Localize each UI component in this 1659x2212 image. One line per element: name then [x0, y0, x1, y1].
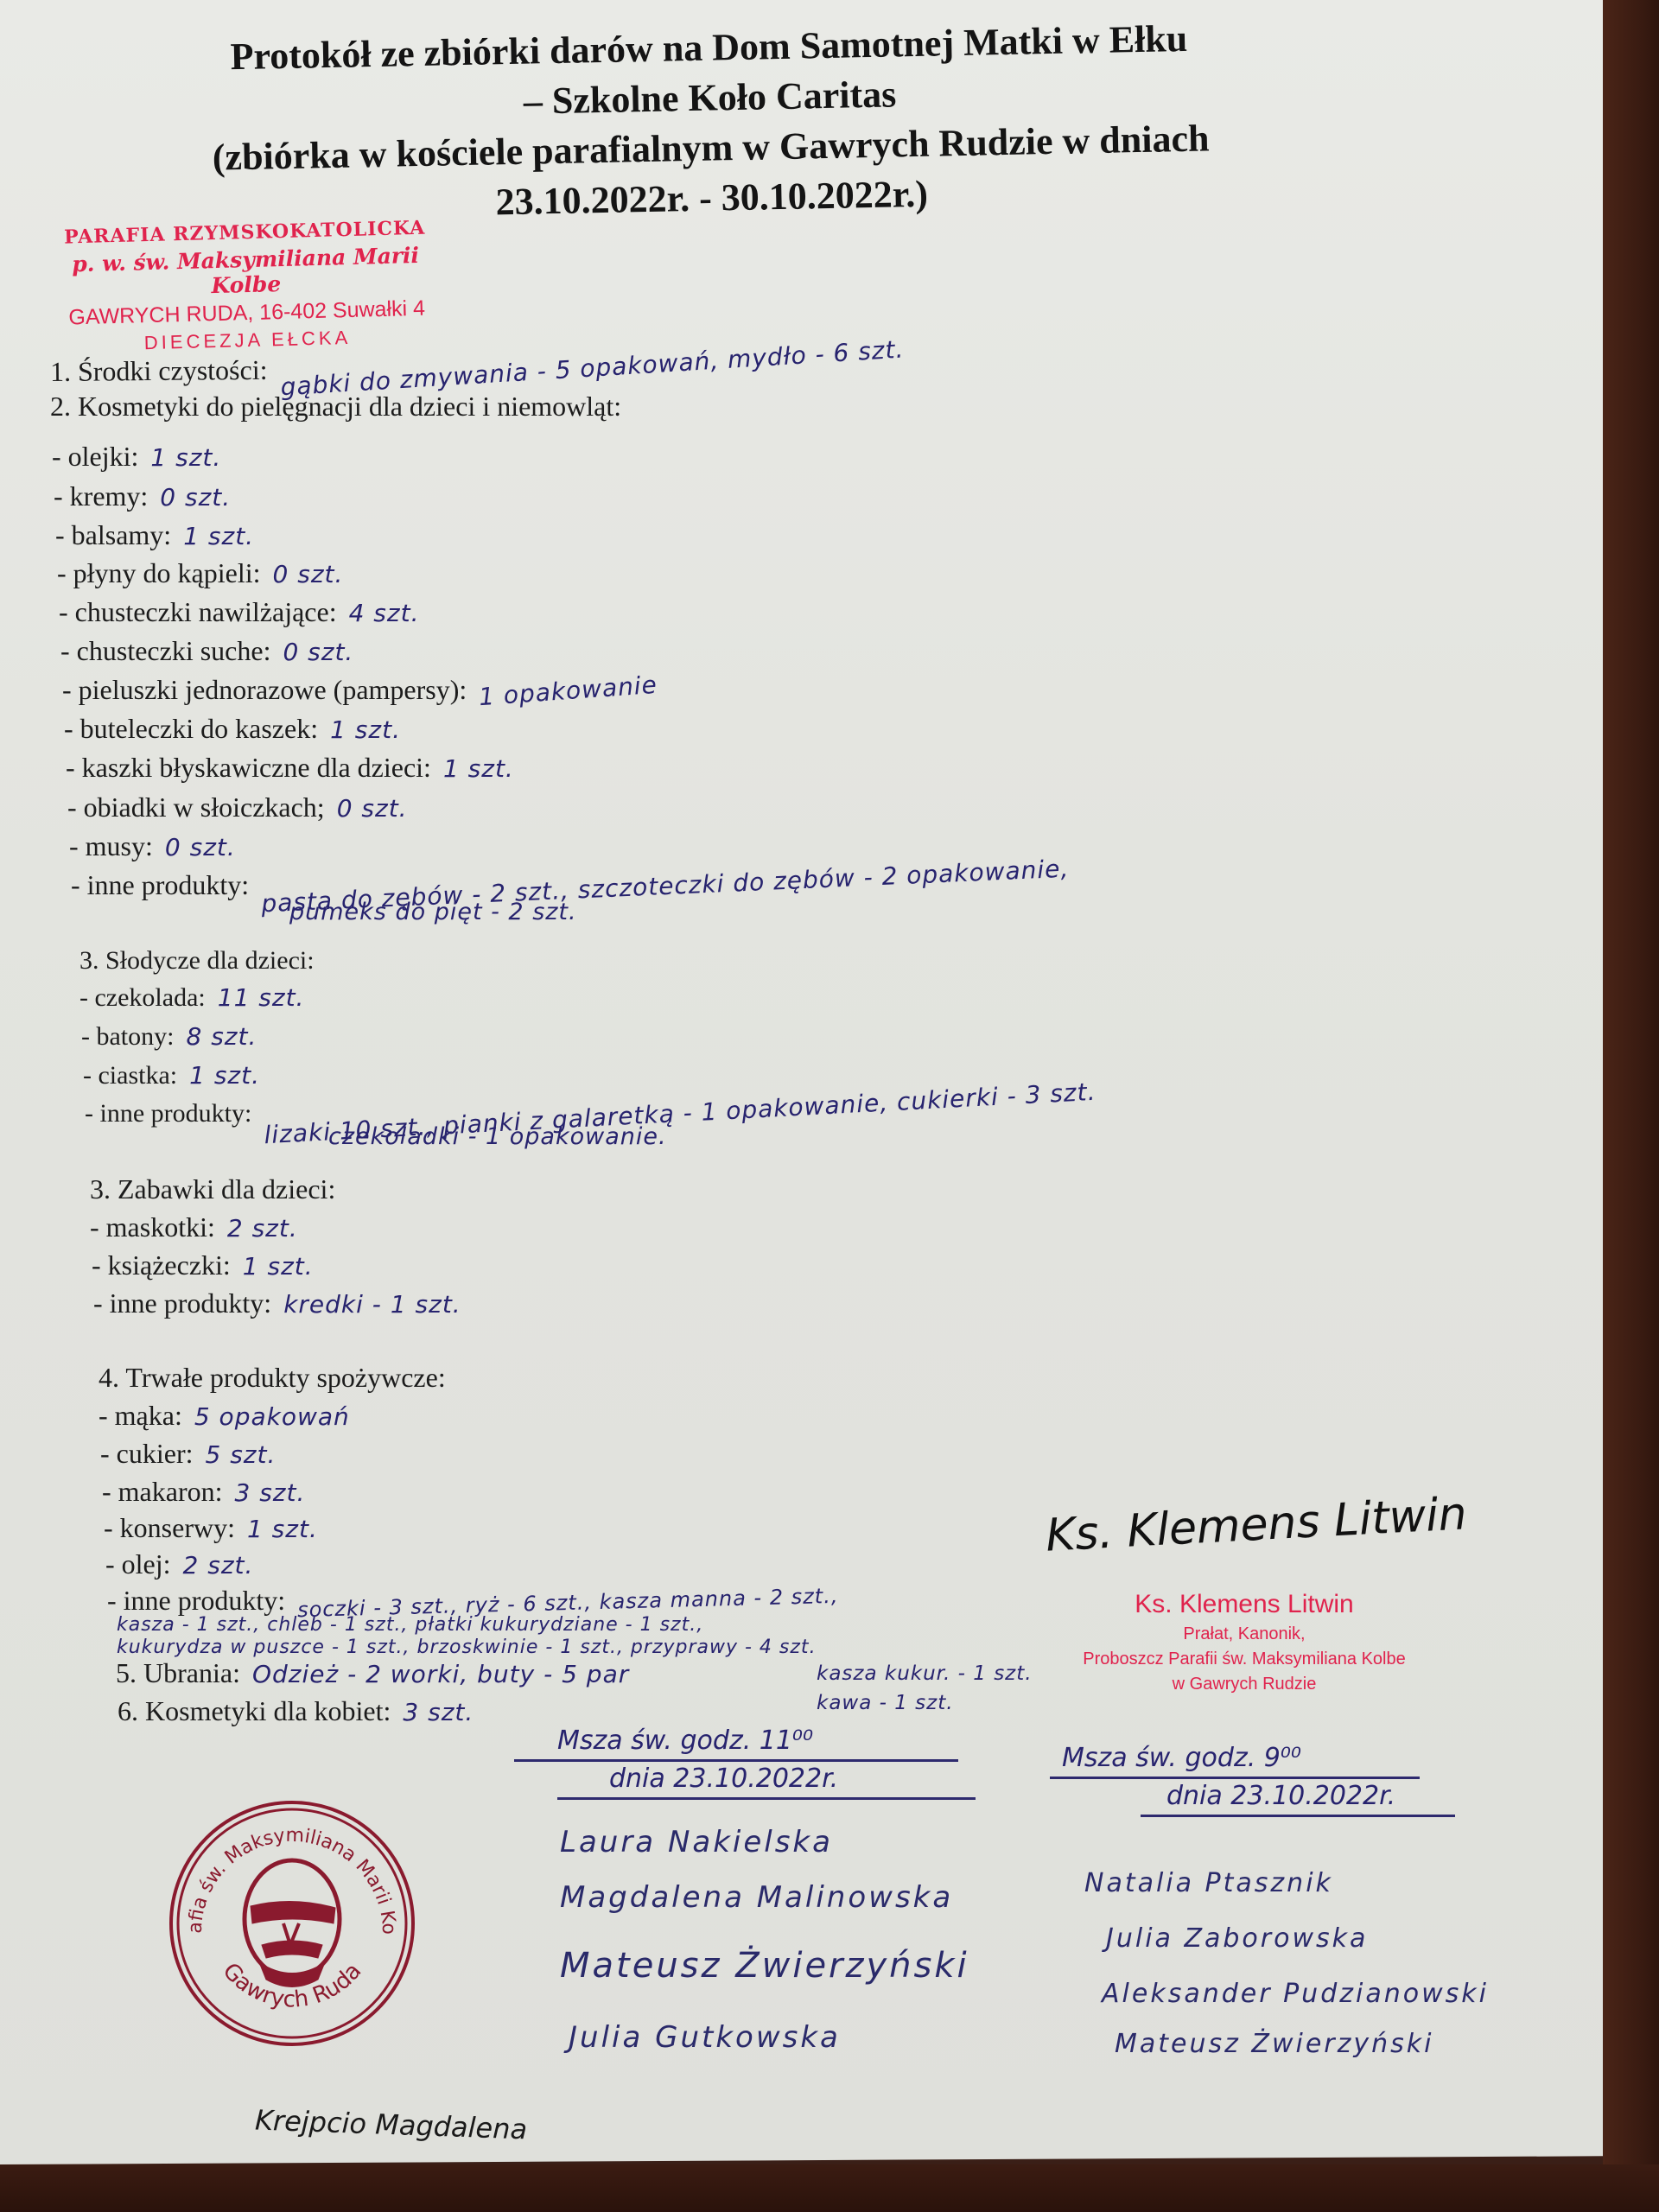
- priest-name: Ks. Klemens Litwin: [1063, 1590, 1426, 1619]
- item-value: 1 szt.: [150, 443, 221, 472]
- food-other-line-2: kasza - 1 szt., chleb - 1 szt., płatki k…: [117, 1614, 703, 1636]
- baby-item-row: - kaszki błyskawiczne dla dzieci:1 szt.: [66, 752, 514, 784]
- priest-title-1: Prałat, Kanonik,: [1063, 1624, 1426, 1644]
- food-other-line-4: kasza kukur. - 1 szt.: [817, 1662, 1033, 1685]
- women-cosmetics-label: 6. Kosmetyki dla kobiet:: [118, 1695, 391, 1726]
- item-value: 0 szt.: [160, 483, 231, 512]
- item-label: - książeczki:: [92, 1249, 231, 1281]
- item-label: - czekolada:: [79, 983, 206, 1012]
- item-value: 1 szt.: [330, 715, 401, 744]
- item-value: 0 szt.: [165, 833, 236, 861]
- sweets-item-row: - czekolada:11 szt.: [79, 983, 304, 1013]
- wooden-table-edge: [1603, 0, 1659, 2212]
- participant-name: Magdalena Malinowska: [560, 1880, 969, 1935]
- food-item-row: - olej:2 szt.: [105, 1548, 253, 1580]
- item-value: 1 szt.: [183, 522, 254, 550]
- item-label: - inne produkty:: [107, 1585, 285, 1616]
- mass-11-date: dnia 23.10.2022r.: [557, 1762, 976, 1800]
- kolbe-portrait-icon: [245, 1860, 340, 1987]
- item-label: - ciastka:: [83, 1061, 177, 1090]
- baby-cosmetics-heading: 2. Kosmetyki do pielęgnacji dla dzieci i…: [50, 391, 621, 423]
- item-label: - balsamy:: [55, 519, 171, 550]
- baby-item-row: - obiadki w słoiczkach;0 szt.: [67, 791, 408, 823]
- item-value: 1 szt.: [247, 1515, 318, 1543]
- baby-item-row: - inne produkty:pasta do zębów - 2 szt.,…: [71, 869, 1070, 901]
- participant-name: Julia Gutkowska: [560, 2020, 969, 2075]
- item-value: 0 szt.: [283, 638, 353, 666]
- item-value: 2 szt.: [183, 1551, 254, 1580]
- item-value: 4 szt.: [349, 599, 420, 627]
- food-item-row: - makaron:3 szt.: [102, 1476, 305, 1508]
- baby-item-row: - musy:0 szt.: [69, 830, 236, 862]
- item-label: - batony:: [81, 1022, 174, 1051]
- baby-item-row: - olejki:1 szt.: [52, 441, 221, 473]
- baby-item-row: - buteleczki do kaszek:1 szt.: [64, 713, 401, 745]
- baby-other-line-2: pumeks do pięt - 2 szt.: [289, 899, 577, 925]
- participant-name: Mateusz Żwierzyński: [1084, 2029, 1489, 2084]
- item-value: 5 opakowań: [194, 1402, 350, 1431]
- item-label: - pieluszki jednorazowe (pampersy):: [62, 674, 467, 705]
- baby-item-row: - chusteczki suche:0 szt.: [60, 635, 353, 667]
- item-label: - musy:: [69, 830, 153, 861]
- item-label: - buteleczki do kaszek:: [64, 713, 318, 744]
- food-other-line-5: kawa - 1 szt.: [817, 1692, 954, 1714]
- parish-stamp: PARAFIA RZYMSKOKATOLICKA p. w. św. Maksy…: [50, 216, 442, 357]
- baby-item-row: - płyny do kąpieli:0 szt.: [57, 557, 343, 589]
- item-value: 3 szt.: [235, 1478, 306, 1507]
- toys-item-row: - książeczki:1 szt.: [92, 1249, 314, 1281]
- item-label: - płyny do kąpieli:: [57, 557, 261, 588]
- food-other-line-3: kukurydza w puszce - 1 szt., brzoskwinie…: [117, 1637, 817, 1658]
- food-item-row: - inne produkty:soczki - 3 szt., ryż - 6…: [107, 1585, 839, 1617]
- mass-9-participants: Natalia Ptasznik Julia Zaborowska Aleksa…: [1084, 1868, 1489, 2084]
- mass-9-header: Msza św. godz. 9⁰⁰ dnia 23.10.2022r.: [1050, 1741, 1455, 1817]
- item-label: - konserwy:: [104, 1512, 235, 1543]
- participant-name: Mateusz Żwierzyński: [560, 1935, 969, 2020]
- item-label: - inne produkty:: [71, 869, 249, 900]
- clothes-value: Odzież - 2 worki, buty - 5 par: [252, 1660, 629, 1688]
- item-label: - chusteczki nawilżające:: [59, 596, 337, 627]
- item-label: - olej:: [105, 1548, 171, 1580]
- priest-stamp: Ks. Klemens Litwin Ks. Klemens Litwin Pr…: [1063, 1590, 1426, 1694]
- item-label: - chusteczki suche:: [60, 635, 270, 666]
- item-label: - olejki:: [52, 441, 138, 472]
- sweets-item-row: - ciastka:1 szt.: [83, 1061, 260, 1090]
- food-item-row: - cukier:5 szt.: [100, 1438, 276, 1470]
- clothes-row: 5. Ubrania:Odzież - 2 worki, buty - 5 pa…: [116, 1657, 629, 1689]
- toys-item-row: - inne produkty:kredki - 1 szt.: [93, 1287, 461, 1319]
- item-label: - kremy:: [54, 480, 148, 512]
- item-label: - makaron:: [102, 1476, 223, 1507]
- item-value: 1 szt.: [243, 1252, 314, 1281]
- food-heading: 4. Trwałe produkty spożywcze:: [99, 1362, 446, 1394]
- item-label: - cukier:: [100, 1438, 194, 1469]
- item-value: 1 opakowanie: [478, 671, 658, 711]
- priest-title-2: Proboszcz Parafii św. Maksymiliana Kolbe: [1063, 1649, 1426, 1669]
- wooden-table-bottom: [0, 2164, 1659, 2212]
- participant-name: Julia Zaborowska: [1084, 1923, 1489, 1979]
- toys-item-row: - maskotki:2 szt.: [90, 1211, 298, 1243]
- baby-item-row: - chusteczki nawilżające:4 szt.: [59, 596, 419, 628]
- item-value: 11 szt.: [218, 983, 305, 1012]
- sweets-other-line-2: czekoladki - 1 opakowanie.: [328, 1123, 667, 1150]
- baby-item-row: - pieluszki jednorazowe (pampersy):1 opa…: [62, 674, 658, 706]
- mass-11-header: Msza św. godz. 11⁰⁰ dnia 23.10.2022r.: [514, 1724, 976, 1800]
- sweets-heading: 3. Słodycze dla dzieci:: [79, 946, 315, 976]
- item-label: - mąka:: [99, 1400, 182, 1431]
- participant-name: Laura Nakielska: [560, 1825, 969, 1880]
- seal-graphic: Parafia św. Maksymiliana Marii Kolbe Gaw…: [162, 1794, 422, 2053]
- item-value: 1 szt.: [189, 1061, 260, 1090]
- women-cosmetics-value: 3 szt.: [403, 1698, 474, 1726]
- item-value: 8 szt.: [186, 1022, 257, 1051]
- item-value: 5 szt.: [206, 1440, 276, 1469]
- baby-item-row: - kremy:0 szt.: [54, 480, 231, 512]
- mass-11-time: Msza św. godz. 11⁰⁰: [514, 1724, 958, 1762]
- food-item-row: - mąka:5 opakowań: [99, 1400, 350, 1432]
- mass-11-participants: Laura Nakielska Magdalena Malinowska Mat…: [560, 1825, 969, 2075]
- item-label: - inne produkty:: [93, 1287, 271, 1319]
- toys-heading: 3. Zabawki dla dzieci:: [90, 1173, 335, 1205]
- item-value: kredki - 1 szt.: [283, 1290, 461, 1319]
- participant-name: Natalia Ptasznik: [1084, 1868, 1489, 1923]
- item-label: - kaszki błyskawiczne dla dzieci:: [66, 752, 431, 783]
- participant-name: Aleksander Pudzianowski: [1084, 1979, 1489, 2029]
- item-value: 1 szt.: [443, 754, 514, 783]
- item-value: 0 szt.: [337, 794, 408, 823]
- item-label: - maskotki:: [90, 1211, 215, 1243]
- item-value: 0 szt.: [273, 560, 344, 588]
- document-title: Protokół ze zbiórki darów na Dom Samotne…: [104, 11, 1317, 235]
- mass-9-time: Msza św. godz. 9⁰⁰: [1050, 1741, 1420, 1779]
- stamp-line-2: p. w. św. Maksymiliana Marii Kolbe: [51, 242, 441, 302]
- women-cosmetics-row: 6. Kosmetyki dla kobiet:3 szt.: [118, 1695, 474, 1727]
- cleaning-label: 1. Środki czystości:: [50, 354, 268, 387]
- sweets-item-row: - batony:8 szt.: [81, 1022, 257, 1052]
- parish-round-seal: Parafia św. Maksymiliana Marii Kolbe Gaw…: [162, 1794, 422, 2053]
- baby-item-row: - balsamy:1 szt.: [55, 519, 254, 551]
- item-label: - inne produkty:: [85, 1099, 251, 1128]
- mass-9-date: dnia 23.10.2022r.: [1141, 1779, 1455, 1817]
- clothes-label: 5. Ubrania:: [116, 1657, 240, 1688]
- item-label: - obiadki w słoiczkach;: [67, 791, 325, 823]
- priest-title-3: w Gawrych Rudzie: [1063, 1675, 1426, 1694]
- food-item-row: - konserwy:1 szt.: [104, 1512, 318, 1544]
- item-value: 2 szt.: [227, 1214, 298, 1243]
